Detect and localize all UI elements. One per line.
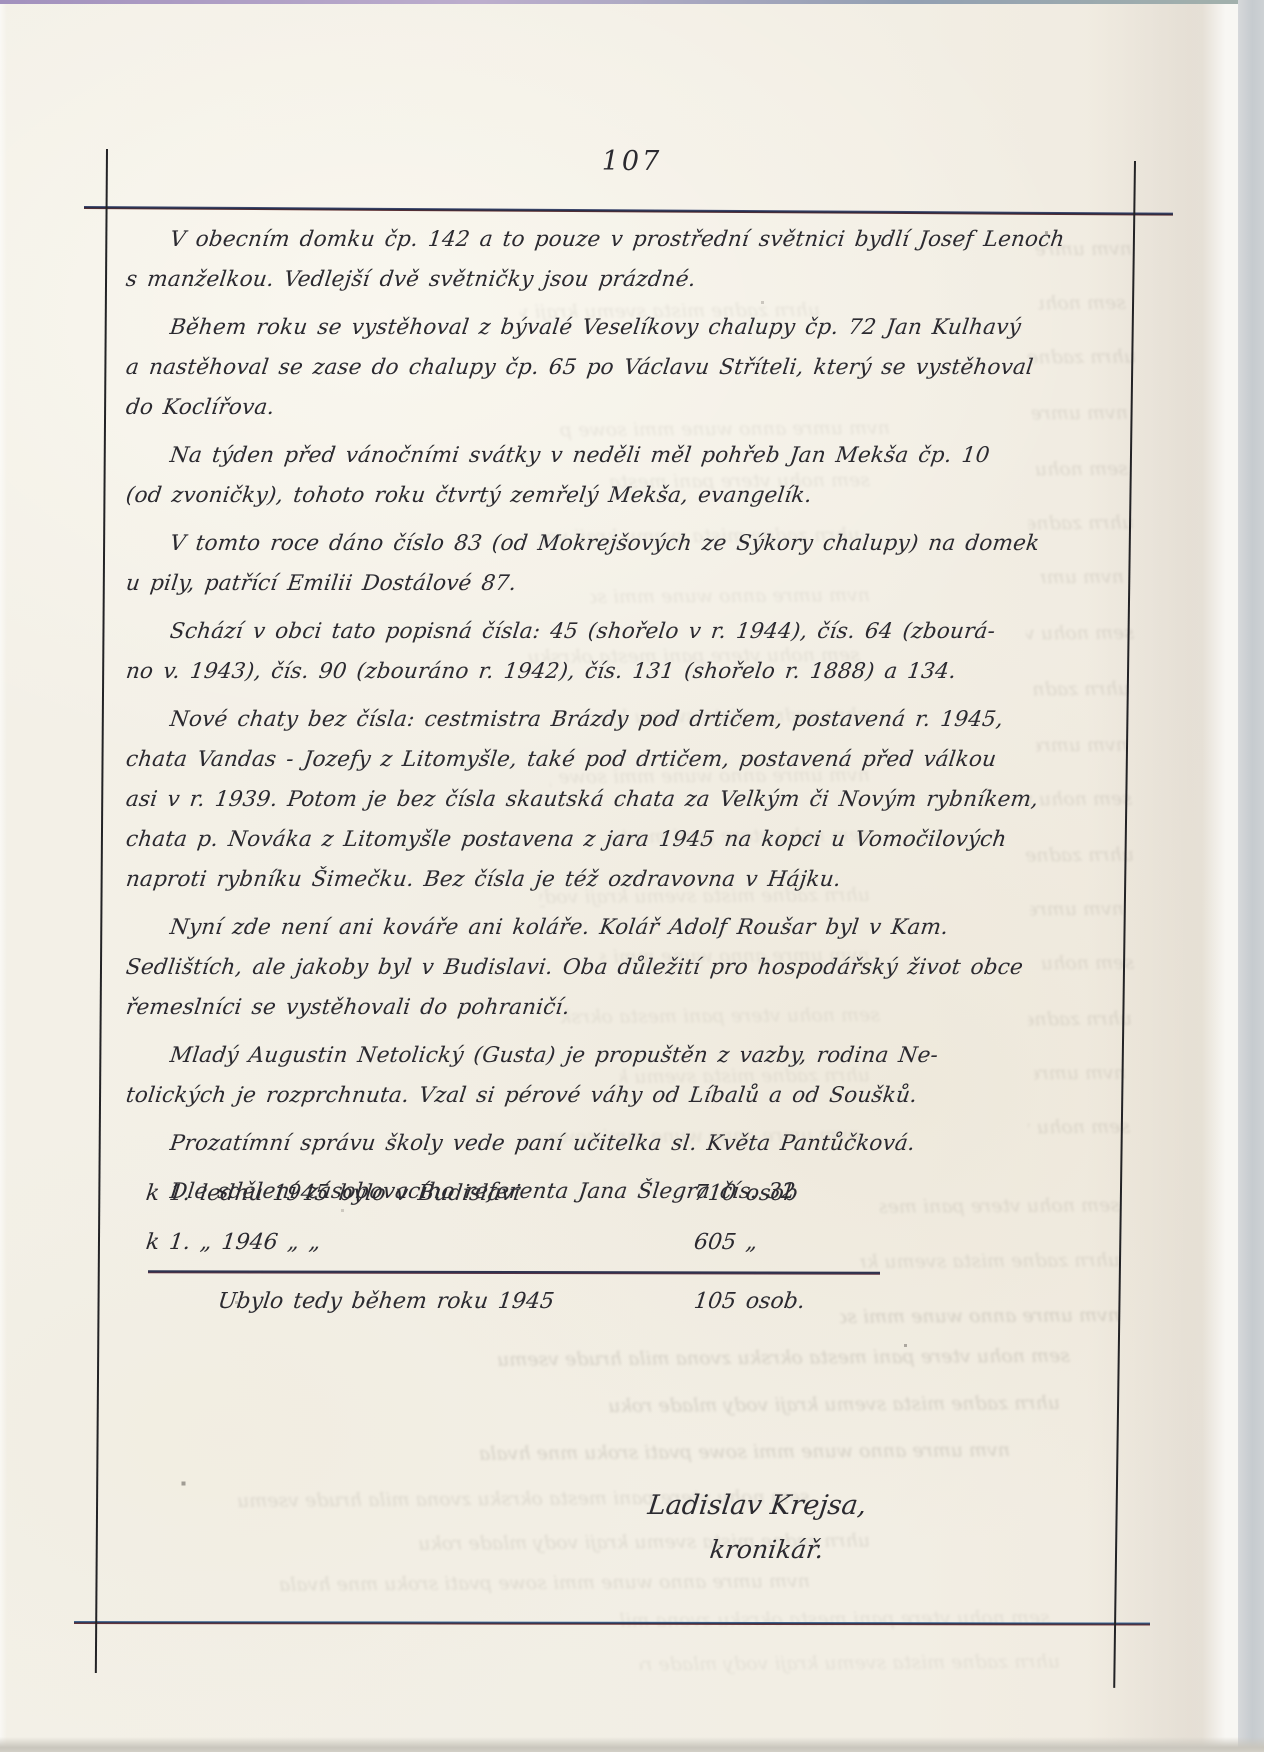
handwritten-line: tolických je rozprchnuta. Vzal si pérové… bbox=[124, 1076, 1034, 1116]
scanned-chronicle-page: nvm umre anno wune mmi sowe pvati sroku … bbox=[0, 0, 1264, 1752]
handwritten-line: s manželkou. Vedlejší dvě světničky jsou… bbox=[124, 260, 1034, 300]
handwritten-line: asi v r. 1939. Potom je bez čísla skauts… bbox=[124, 780, 1034, 820]
handwritten-line: Mladý Augustin Netolický (Gusta) je prop… bbox=[124, 1036, 1034, 1076]
bleed-through-line: nvm umre anno wune mmi sowe pvati sroku … bbox=[250, 1570, 810, 1600]
scan-edge-right-paper bbox=[1202, 0, 1238, 1752]
bleed-through-line: uhrn zadne mista svemu kraji vody mlade … bbox=[1028, 1008, 1132, 1035]
bleed-through-line: nvm umre anno wune mmi sowe pvati sroku … bbox=[1032, 402, 1128, 429]
handwritten-line: chata p. Nováka z Litomyšle postavena z … bbox=[124, 820, 1034, 860]
population-row-value: 710 osob bbox=[692, 1181, 799, 1206]
population-row-label: Ubylo tedy během roku 1945 bbox=[144, 1289, 555, 1314]
scan-edge-top bbox=[0, 0, 1264, 4]
population-row: k 1. lednu 1945 bylo v Budislavi 710 oso… bbox=[144, 1181, 907, 1206]
handwritten-line: chata Vandas - Jozefy z Litomyšle, také … bbox=[124, 740, 1034, 780]
handwritten-line: no v. 1943), čís. 90 (zbouráno r. 1942),… bbox=[124, 652, 1034, 692]
signature-block: Ladislav Krejsa, kronikář. bbox=[648, 1490, 866, 1564]
population-row-value: 105 osob. bbox=[692, 1289, 806, 1314]
handwritten-text: V obecním domku čp. 142 a to pouze v pro… bbox=[126, 212, 1031, 1212]
handwritten-line: Nové chaty bez čísla: cestmistra Brázdy … bbox=[124, 700, 1034, 740]
population-row-label: k 1. „ 1946 „ „ bbox=[144, 1230, 322, 1255]
handwritten-line: u pily, patřící Emilii Dostálové 87. bbox=[124, 564, 1034, 604]
bleed-through-line: sem nohu vtere pani mesta okrsku zvona m… bbox=[1028, 1116, 1130, 1143]
scan-edge-left bbox=[0, 0, 7, 1752]
bleed-through-line: sem nohu vtere pani mesta okrsku zvona m… bbox=[1034, 952, 1134, 979]
handwritten-line: Na týden před vánočními svátky v neděli … bbox=[124, 436, 1034, 476]
bleed-through-line: sem nohu vtere pani mesta okrsku zvona m… bbox=[1026, 622, 1134, 649]
population-row-label: k 1. lednu 1945 bylo v Budislavi bbox=[144, 1181, 521, 1206]
handwritten-line: do Koclířova. bbox=[124, 388, 1034, 428]
bleed-through-line: sem nohu vtere pani mesta okrsku zvona m… bbox=[1036, 458, 1128, 485]
bleed-through-line: sem nohu vtere pani mesta okrsku zvona m… bbox=[130, 1345, 1070, 1378]
bleed-through-line: nvm umre anno wune mmi sowe pvati sroku … bbox=[1036, 734, 1128, 761]
bleed-through-line: nvm umre anno wune mmi sowe pvati sroku … bbox=[1030, 898, 1124, 925]
scan-edge-right bbox=[1238, 0, 1264, 1752]
handwritten-line: Schází v obci tato popisná čísla: 45 (sh… bbox=[124, 612, 1034, 652]
signature-name: Ladislav Krejsa, bbox=[646, 1490, 868, 1521]
handwritten-line: (od zvoničky), tohoto roku čtvrtý zemřel… bbox=[124, 476, 1034, 516]
scan-edge-bottom bbox=[0, 1737, 1264, 1752]
population-sum-row: Ubylo tedy během roku 1945 105 osob. bbox=[144, 1289, 907, 1314]
bleed-through-line: nvm umre anno wune mmi sowe pvati sroku … bbox=[1034, 1062, 1126, 1089]
bleed-through-line: sem nohu vtere pani mesta okrsku zvona m… bbox=[1028, 788, 1132, 815]
bleed-through-line: nvm umre anno wune mmi sowe pvati sroku … bbox=[150, 1439, 1010, 1471]
handwritten-line: Sedlištích, ale jakoby byl v Budislavi. … bbox=[124, 948, 1034, 988]
bleed-through-line: nvm umre anno wune mmi sowe pvati sroku … bbox=[1040, 566, 1124, 593]
bleed-through-line: uhrn zadne mista svemu kraji vody mlade … bbox=[1032, 678, 1130, 705]
population-row: k 1. „ 1946 „ „ 605 „ bbox=[144, 1230, 907, 1255]
bleed-through-line: uhrn zadne mista svemu kraji vody mlade … bbox=[1024, 346, 1136, 373]
handwritten-line: naproti rybníku Šimečku. Bez čísla je té… bbox=[124, 860, 1034, 900]
bleed-through-line: uhrn zadne mista svemu kraji vody mlade … bbox=[1028, 512, 1134, 539]
handwritten-line: řemeslníci se vystěhovali do pohraničí. bbox=[124, 988, 1034, 1028]
handwritten-line: a nastěhoval se zase do chalupy čp. 65 p… bbox=[124, 348, 1034, 388]
bleed-through-line: uhrn zadne mista svemu kraji vody mlade … bbox=[160, 1392, 1060, 1424]
signature-role: kronikář. bbox=[708, 1535, 868, 1564]
bleed-through-line: uhrn zadne mista svemu kraji vody mlade … bbox=[640, 1651, 1060, 1680]
handwritten-line: V tomto roce dáno číslo 83 (od Mokrejšov… bbox=[124, 524, 1034, 564]
bleed-through-line: sem nohu vtere pani mesta okrsku zvona m… bbox=[1038, 292, 1126, 319]
population-row-value: 605 „ bbox=[692, 1230, 758, 1255]
page-number: 107 bbox=[0, 146, 1264, 177]
handwritten-line: Prozatímní správu školy vede paní učitel… bbox=[124, 1124, 1034, 1164]
handwritten-line: V obecním domku čp. 142 a to pouze v pro… bbox=[124, 220, 1034, 260]
bleed-through-line: uhrn zadne mista svemu kraji vody mlade … bbox=[1024, 844, 1134, 871]
handwritten-line: Nyní zde není ani kováře ani koláře. Kol… bbox=[124, 908, 1034, 948]
handwritten-line: Během roku se vystěhoval z bývalé Veselí… bbox=[124, 308, 1034, 348]
